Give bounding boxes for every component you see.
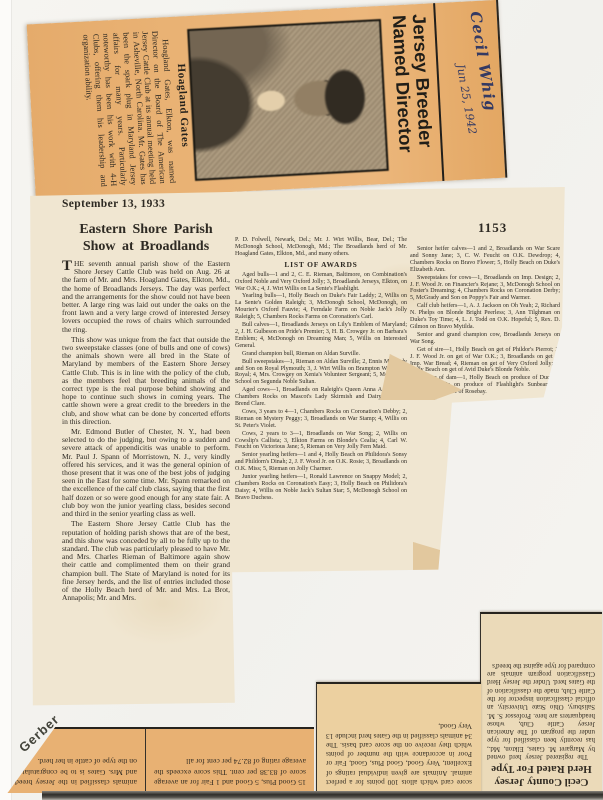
award-entry: Get of sire—1, Holly Beach on get of Phi… [410,347,560,375]
award-entry: Cows, 2 years to 3—1, Broadlands on War … [235,431,407,452]
award-entry: Junior yearling heifers—1, Ronald Lawren… [235,474,407,502]
award-entry: Sweepstakes for cows—1, Broadlands on Im… [410,275,560,303]
top-clipping-paper: Cecil Whig Jun 25, 1942 Jersey Breeder N… [27,0,508,202]
bottom-headline: Cecil County Jersey Herd Rated For Type [481,761,602,793]
scan-left-margin [0,0,12,800]
clipping-date: September 13, 1933 [62,198,165,210]
article-column-3: Senior heifer calves—1 and 2, Broadlands… [410,232,560,397]
bottom-left-column-1: 15 Good Plus, 5 Good and 1 Fair for an a… [146,729,314,793]
article-column-1: Eastern Shore Parish Show at Broadlands … [62,222,230,604]
article-headline-line-1: Eastern Shore Parish [62,222,230,239]
bottom-clipping-right: Cecil County Jersey Herd Rated For Type … [480,612,602,793]
bottom-clipping-body: The registered Jersey herd owned by Marg… [481,660,602,761]
scrapbook-page: Cecil Whig Jun 25, 1942 Jersey Breeder N… [0,0,603,800]
award-entry: Bull calves—1, Broadlands Jerseys on Lil… [235,322,407,350]
folded-corner: Hoa [413,542,465,570]
bottom-clipping-left-paper: 15 Good Plus, 5 Good and 1 Fair for an a… [6,729,314,793]
award-entry: Yearling bulls—1, Holly Beach on Duke's … [235,293,407,321]
bottom-headline-line-1: Cecil County Jersey [485,776,598,789]
award-entry: Senior and grand champion cow, Broadland… [410,332,560,346]
bottom-clipping-body: score card which allots 100 points for a… [317,722,481,793]
award-entry: Senior heifer calves—1 and 2, Broadlands… [410,246,560,274]
paragraph: P. D. Folwell, Newark, Del.; Mr. J. Wirt… [235,237,407,258]
article-headline: Eastern Shore Parish Show at Broadlands [62,222,230,255]
fold-text: Hoa [420,533,467,566]
award-entry: Aged bulls—1 and 2, C. E. Rieman, Baltim… [235,272,407,293]
paragraph-text: HE seventh annual parish show of the Eas… [62,259,230,334]
awards-heading: LIST OF AWARDS [235,260,407,270]
top-clipping: Cecil Whig Jun 25, 1942 Jersey Breeder N… [29,0,508,202]
paragraph: THE seventh annual parish show of the Ea… [62,260,230,334]
bottom-clipping-middle: score card which allots 100 points for a… [316,682,481,793]
scan-edge-band [42,791,603,800]
award-entry: Grand champion bull, Rieman on Aldan Sur… [235,351,407,358]
award-entry: Calf club heifers—1, A. J. Jackson on Oh… [410,303,560,331]
award-entry: Bull sweepstakes—1, Rieman on Aldan Surv… [235,359,407,387]
portrait-photo [187,19,389,181]
drop-cap: T [62,260,74,273]
award-entry: Cows, 3 years to 4—1, Chambers Rocks on … [235,409,407,430]
top-clipping-headline: Jersey Breeder Named Director [385,3,442,183]
bottom-clipping-left: 15 Good Plus, 5 Good and 1 Fair for an a… [6,727,314,793]
article-column-2: P. D. Folwell, Newark, Del.; Mr. J. Wirt… [235,226,407,503]
top-clipping-body: Hoagland Gates, Elkton, was named Direct… [80,17,181,200]
article-headline-line-2: Show at Broadlands [62,239,230,256]
paragraph: The Eastern Shore Jersey Cattle Club has… [62,520,230,602]
paragraph: Mr. Edmond Butler of Chester, N. Y., had… [62,428,230,518]
award-entry: Senior yearling heifers—1 and 4, Holly B… [235,452,407,473]
bottom-headline-line-2: Herd Rated For Type [485,763,598,776]
handwritten-annotation: Cecil Whig Jun 25, 1942 [433,0,505,181]
paragraph: This show was unique from the fact that … [62,336,230,426]
